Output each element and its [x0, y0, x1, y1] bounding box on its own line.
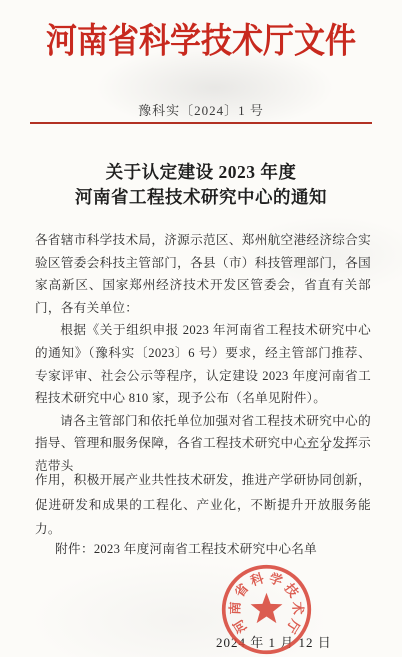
notice-title: 关于认定建设 2023 年度 河南省工程技术研究中心的通知: [0, 160, 402, 210]
star-icon: [251, 593, 283, 623]
agency-title: 河南省科学技术厅文件: [0, 12, 402, 62]
svg-text:术: 术: [290, 600, 306, 615]
attachment-line: 附件：2023 年度河南省工程技术研究中心名单: [35, 538, 371, 557]
paragraph-basis: 根据《关于组织申报 2023 年河南省工程技术研究中心的通知》（豫科实〔2023…: [35, 319, 371, 409]
svg-text:学: 学: [268, 570, 285, 588]
document-page: 河南省科学技术厅文件 豫科实〔2024〕1 号 关于认定建设 2023 年度 河…: [0, 0, 402, 657]
svg-text:河: 河: [230, 617, 250, 636]
svg-text:南: 南: [227, 601, 243, 615]
recipients-line: 各省辖市科学技术局，济源示范区、郑州航空港经济综合实验区管委会科技主管部门，各县…: [35, 229, 371, 319]
page-number: — 1 —: [303, 440, 351, 455]
red-divider: [30, 122, 372, 124]
document-number: 豫科实〔2024〕1 号: [0, 100, 402, 119]
paragraph-request-part2: 作用，积极开展产业共性技术研发，推进产学研协同创新，促进研发和成果的工程化、产业…: [35, 468, 371, 542]
notice-title-line1: 关于认定建设 2023 年度: [0, 160, 402, 185]
svg-text:科: 科: [248, 570, 267, 589]
body-text-page2: 作用，积极开展产业共性技术研发，推进产学研协同创新，促进研发和成果的工程化、产业…: [35, 468, 371, 542]
notice-title-line2: 河南省工程技术研究中心的通知: [0, 185, 402, 210]
official-seal: 河南省科学技术厅: [220, 563, 313, 656]
